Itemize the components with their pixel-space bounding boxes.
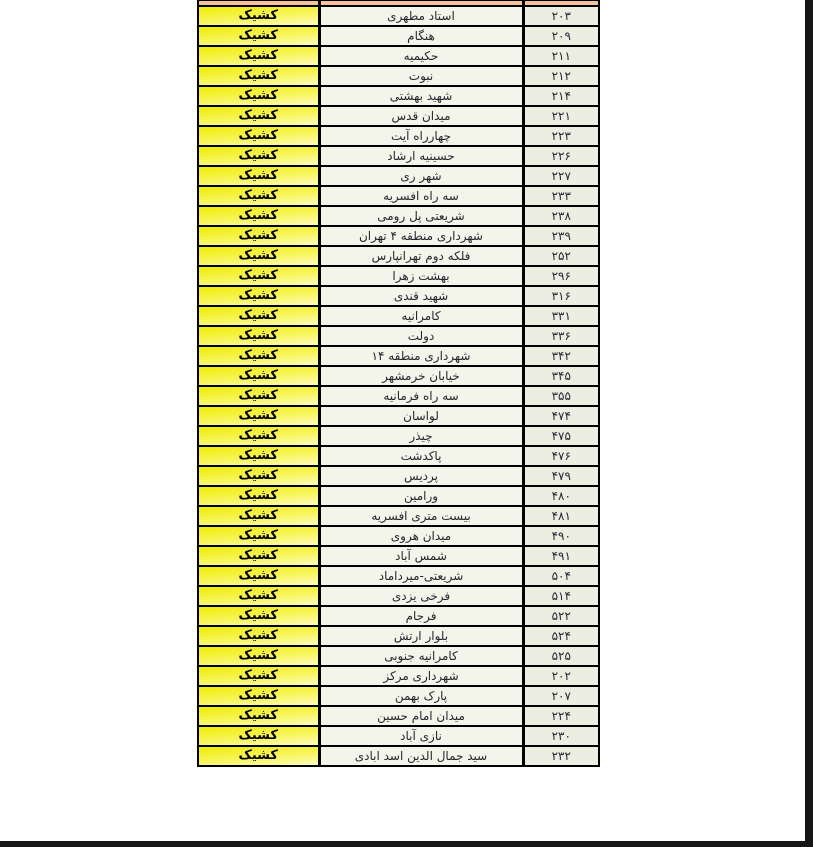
station-code-cell: ۲۹۶ xyxy=(523,266,599,286)
table-row: کشیکمیدان امام حسین۲۲۴ xyxy=(198,706,599,726)
station-name-cell: کامرانیه xyxy=(319,306,523,326)
station-code-cell: ۳۵۵ xyxy=(523,386,599,406)
station-name-cell: حکیمیه xyxy=(319,46,523,66)
table-row: کشیکدولت۳۳۶ xyxy=(198,326,599,346)
status-cell: کشیک xyxy=(198,446,319,466)
table-row: کشیکهنگام۲۰۹ xyxy=(198,26,599,46)
status-cell: کشیک xyxy=(198,466,319,486)
station-name-cell: نبوت xyxy=(319,66,523,86)
status-cell: کشیک xyxy=(198,286,319,306)
status-cell: کشیک xyxy=(198,686,319,706)
station-name-cell: لواسان xyxy=(319,406,523,426)
station-name-cell: فرخی یزدی xyxy=(319,586,523,606)
table-row: کشیکچهارراه آیت۲۲۳ xyxy=(198,126,599,146)
table-row: کشیکسه راه افسریه۲۳۳ xyxy=(198,186,599,206)
table-row: کشیکشریعتی پل رومی۲۳۸ xyxy=(198,206,599,226)
station-name-cell: بیست متری افسریه xyxy=(319,506,523,526)
duty-roster-table: کشیکاستاد مطهری۲۰۳کشیکهنگام۲۰۹کشیکحکیمیه… xyxy=(197,0,600,767)
status-cell: کشیک xyxy=(198,746,319,766)
table-row: کشیکشهرداری مرکز۲۰۲ xyxy=(198,666,599,686)
status-cell: کشیک xyxy=(198,266,319,286)
table-row: کشیکفرجام۵۲۲ xyxy=(198,606,599,626)
station-code-cell: ۳۳۱ xyxy=(523,306,599,326)
station-name-cell: چهارراه آیت xyxy=(319,126,523,146)
table-row: کشیکمیدان قدس۲۲۱ xyxy=(198,106,599,126)
station-code-cell: ۲۰۷ xyxy=(523,686,599,706)
station-code-cell: ۵۱۴ xyxy=(523,586,599,606)
station-name-cell: پردیس xyxy=(319,466,523,486)
status-cell: کشیک xyxy=(198,106,319,126)
station-code-cell: ۴۸۱ xyxy=(523,506,599,526)
table-row: کشیکشمس آباد۴۹۱ xyxy=(198,546,599,566)
table-row: کشیکچیذر۴۷۵ xyxy=(198,426,599,446)
station-name-cell: استاد مطهری xyxy=(319,6,523,26)
table-row: کشیکشهر ری۲۲۷ xyxy=(198,166,599,186)
station-code-cell: ۲۰۳ xyxy=(523,6,599,26)
table-row: کشیکخیابان خرمشهر۳۴۵ xyxy=(198,366,599,386)
station-code-cell: ۵۲۵ xyxy=(523,646,599,666)
station-name-cell: نازی آباد xyxy=(319,726,523,746)
station-name-cell: حسینیه ارشاد xyxy=(319,146,523,166)
table-row: کشیکبیست متری افسریه۴۸۱ xyxy=(198,506,599,526)
table-row: کشیکپردیس۴۷۹ xyxy=(198,466,599,486)
status-cell: کشیک xyxy=(198,246,319,266)
table-row: کشیکشهید قندی۳۱۶ xyxy=(198,286,599,306)
station-name-cell: میدان هروی xyxy=(319,526,523,546)
status-cell: کشیک xyxy=(198,226,319,246)
status-cell: کشیک xyxy=(198,206,319,226)
table-row: کشیکسه راه فرمانیه۳۵۵ xyxy=(198,386,599,406)
table-row: کشیکشهرداری منطقه ۴ تهران۲۳۹ xyxy=(198,226,599,246)
station-code-cell: ۴۷۵ xyxy=(523,426,599,446)
status-cell: کشیک xyxy=(198,26,319,46)
status-cell: کشیک xyxy=(198,166,319,186)
station-name-cell: پاکدشت xyxy=(319,446,523,466)
station-code-cell: ۵۰۴ xyxy=(523,566,599,586)
station-code-cell: ۲۳۳ xyxy=(523,186,599,206)
status-cell: کشیک xyxy=(198,46,319,66)
station-name-cell: میدان قدس xyxy=(319,106,523,126)
status-cell: کشیک xyxy=(198,726,319,746)
station-code-cell: ۲۵۲ xyxy=(523,246,599,266)
table-row: کشیکحسینیه ارشاد۲۲۶ xyxy=(198,146,599,166)
station-code-cell: ۲۰۲ xyxy=(523,666,599,686)
station-code-cell: ۳۱۶ xyxy=(523,286,599,306)
status-cell: کشیک xyxy=(198,6,319,26)
station-name-cell: چیذر xyxy=(319,426,523,446)
station-code-cell: ۲۱۱ xyxy=(523,46,599,66)
status-cell: کشیک xyxy=(198,366,319,386)
status-cell: کشیک xyxy=(198,86,319,106)
table-row: کشیکفلکه دوم تهرانپارس۲۵۲ xyxy=(198,246,599,266)
station-name-cell: بلوار ارتش xyxy=(319,626,523,646)
status-cell: کشیک xyxy=(198,626,319,646)
table-row: کشیکسید جمال الدین اسد ابادی۲۳۲ xyxy=(198,746,599,766)
station-code-cell: ۲۲۷ xyxy=(523,166,599,186)
station-name-cell: سید جمال الدین اسد ابادی xyxy=(319,746,523,766)
station-code-cell: ۵۲۲ xyxy=(523,606,599,626)
station-name-cell: بهشت زهرا xyxy=(319,266,523,286)
station-code-cell: ۴۹۱ xyxy=(523,546,599,566)
status-cell: کشیک xyxy=(198,146,319,166)
table-row: کشیکشهرداری منطقه ۱۴۳۴۲ xyxy=(198,346,599,366)
station-code-cell: ۲۰۹ xyxy=(523,26,599,46)
table-row: کشیکلواسان۴۷۴ xyxy=(198,406,599,426)
station-code-cell: ۲۱۴ xyxy=(523,86,599,106)
status-cell: کشیک xyxy=(198,546,319,566)
station-code-cell: ۲۲۳ xyxy=(523,126,599,146)
station-name-cell: شمس آباد xyxy=(319,546,523,566)
station-code-cell: ۴۷۶ xyxy=(523,446,599,466)
status-cell: کشیک xyxy=(198,126,319,146)
station-code-cell: ۴۷۴ xyxy=(523,406,599,426)
station-name-cell: شهرداری مرکز xyxy=(319,666,523,686)
status-cell: کشیک xyxy=(198,66,319,86)
station-code-cell: ۲۱۲ xyxy=(523,66,599,86)
status-cell: کشیک xyxy=(198,406,319,426)
table-row: کشیکپاکدشت۴۷۶ xyxy=(198,446,599,466)
station-code-cell: ۳۴۲ xyxy=(523,346,599,366)
status-cell: کشیک xyxy=(198,346,319,366)
status-cell: کشیک xyxy=(198,306,319,326)
viewer-dark-edge-bottom xyxy=(0,841,813,847)
status-cell: کشیک xyxy=(198,486,319,506)
station-code-cell: ۴۷۹ xyxy=(523,466,599,486)
table-row: کشیکپارک بهمن۲۰۷ xyxy=(198,686,599,706)
station-name-cell: دولت xyxy=(319,326,523,346)
station-name-cell: هنگام xyxy=(319,26,523,46)
table-row: کشیکشریعتی-میرداماد۵۰۴ xyxy=(198,566,599,586)
station-code-cell: ۲۳۲ xyxy=(523,746,599,766)
table-row: کشیکشهید بهشتی۲۱۴ xyxy=(198,86,599,106)
status-cell: کشیک xyxy=(198,586,319,606)
table-body: کشیکاستاد مطهری۲۰۳کشیکهنگام۲۰۹کشیکحکیمیه… xyxy=(198,6,599,766)
station-name-cell: میدان امام حسین xyxy=(319,706,523,726)
station-name-cell: پارک بهمن xyxy=(319,686,523,706)
station-code-cell: ۳۳۶ xyxy=(523,326,599,346)
station-name-cell: شریعتی پل رومی xyxy=(319,206,523,226)
station-name-cell: کامرانیه جنوبی xyxy=(319,646,523,666)
station-name-cell: شهرداری منطقه ۱۴ xyxy=(319,346,523,366)
station-code-cell: ۲۲۴ xyxy=(523,706,599,726)
table-row: کشیکورامین۴۸۰ xyxy=(198,486,599,506)
station-code-cell: ۲۲۱ xyxy=(523,106,599,126)
image-viewer-canvas: کشیکاستاد مطهری۲۰۳کشیکهنگام۲۰۹کشیکحکیمیه… xyxy=(0,0,813,847)
status-cell: کشیک xyxy=(198,426,319,446)
station-name-cell: شهرداری منطقه ۴ تهران xyxy=(319,226,523,246)
viewer-dark-edge-right xyxy=(805,0,813,847)
station-code-cell: ۲۳۰ xyxy=(523,726,599,746)
station-name-cell: سه راه افسریه xyxy=(319,186,523,206)
station-code-cell: ۳۴۵ xyxy=(523,366,599,386)
table-row: کشیکبلوار ارتش۵۲۴ xyxy=(198,626,599,646)
station-name-cell: سه راه فرمانیه xyxy=(319,386,523,406)
status-cell: کشیک xyxy=(198,526,319,546)
status-cell: کشیک xyxy=(198,326,319,346)
status-cell: کشیک xyxy=(198,706,319,726)
station-name-cell: شهید بهشتی xyxy=(319,86,523,106)
station-name-cell: فلکه دوم تهرانپارس xyxy=(319,246,523,266)
station-code-cell: ۲۳۹ xyxy=(523,226,599,246)
table-row: کشیکحکیمیه۲۱۱ xyxy=(198,46,599,66)
station-code-cell: ۴۹۰ xyxy=(523,526,599,546)
station-name-cell: ورامین xyxy=(319,486,523,506)
table-row: کشیکبهشت زهرا۲۹۶ xyxy=(198,266,599,286)
table-row: کشیکفرخی یزدی۵۱۴ xyxy=(198,586,599,606)
status-cell: کشیک xyxy=(198,566,319,586)
table-row: کشیکمیدان هروی۴۹۰ xyxy=(198,526,599,546)
station-code-cell: ۲۳۸ xyxy=(523,206,599,226)
station-name-cell: فرجام xyxy=(319,606,523,626)
station-name-cell: شهر ری xyxy=(319,166,523,186)
table-row: کشیکاستاد مطهری۲۰۳ xyxy=(198,6,599,26)
status-cell: کشیک xyxy=(198,606,319,626)
table-row: کشیکنبوت۲۱۲ xyxy=(198,66,599,86)
table-row: کشیککامرانیه۳۳۱ xyxy=(198,306,599,326)
status-cell: کشیک xyxy=(198,646,319,666)
status-cell: کشیک xyxy=(198,186,319,206)
status-cell: کشیک xyxy=(198,666,319,686)
station-code-cell: ۵۲۴ xyxy=(523,626,599,646)
station-name-cell: شهید قندی xyxy=(319,286,523,306)
status-cell: کشیک xyxy=(198,506,319,526)
station-name-cell: شریعتی-میرداماد xyxy=(319,566,523,586)
station-name-cell: خیابان خرمشهر xyxy=(319,366,523,386)
table-row: کشیکنازی آباد۲۳۰ xyxy=(198,726,599,746)
station-code-cell: ۲۲۶ xyxy=(523,146,599,166)
table-row: کشیککامرانیه جنوبی۵۲۵ xyxy=(198,646,599,666)
station-code-cell: ۴۸۰ xyxy=(523,486,599,506)
status-cell: کشیک xyxy=(198,386,319,406)
